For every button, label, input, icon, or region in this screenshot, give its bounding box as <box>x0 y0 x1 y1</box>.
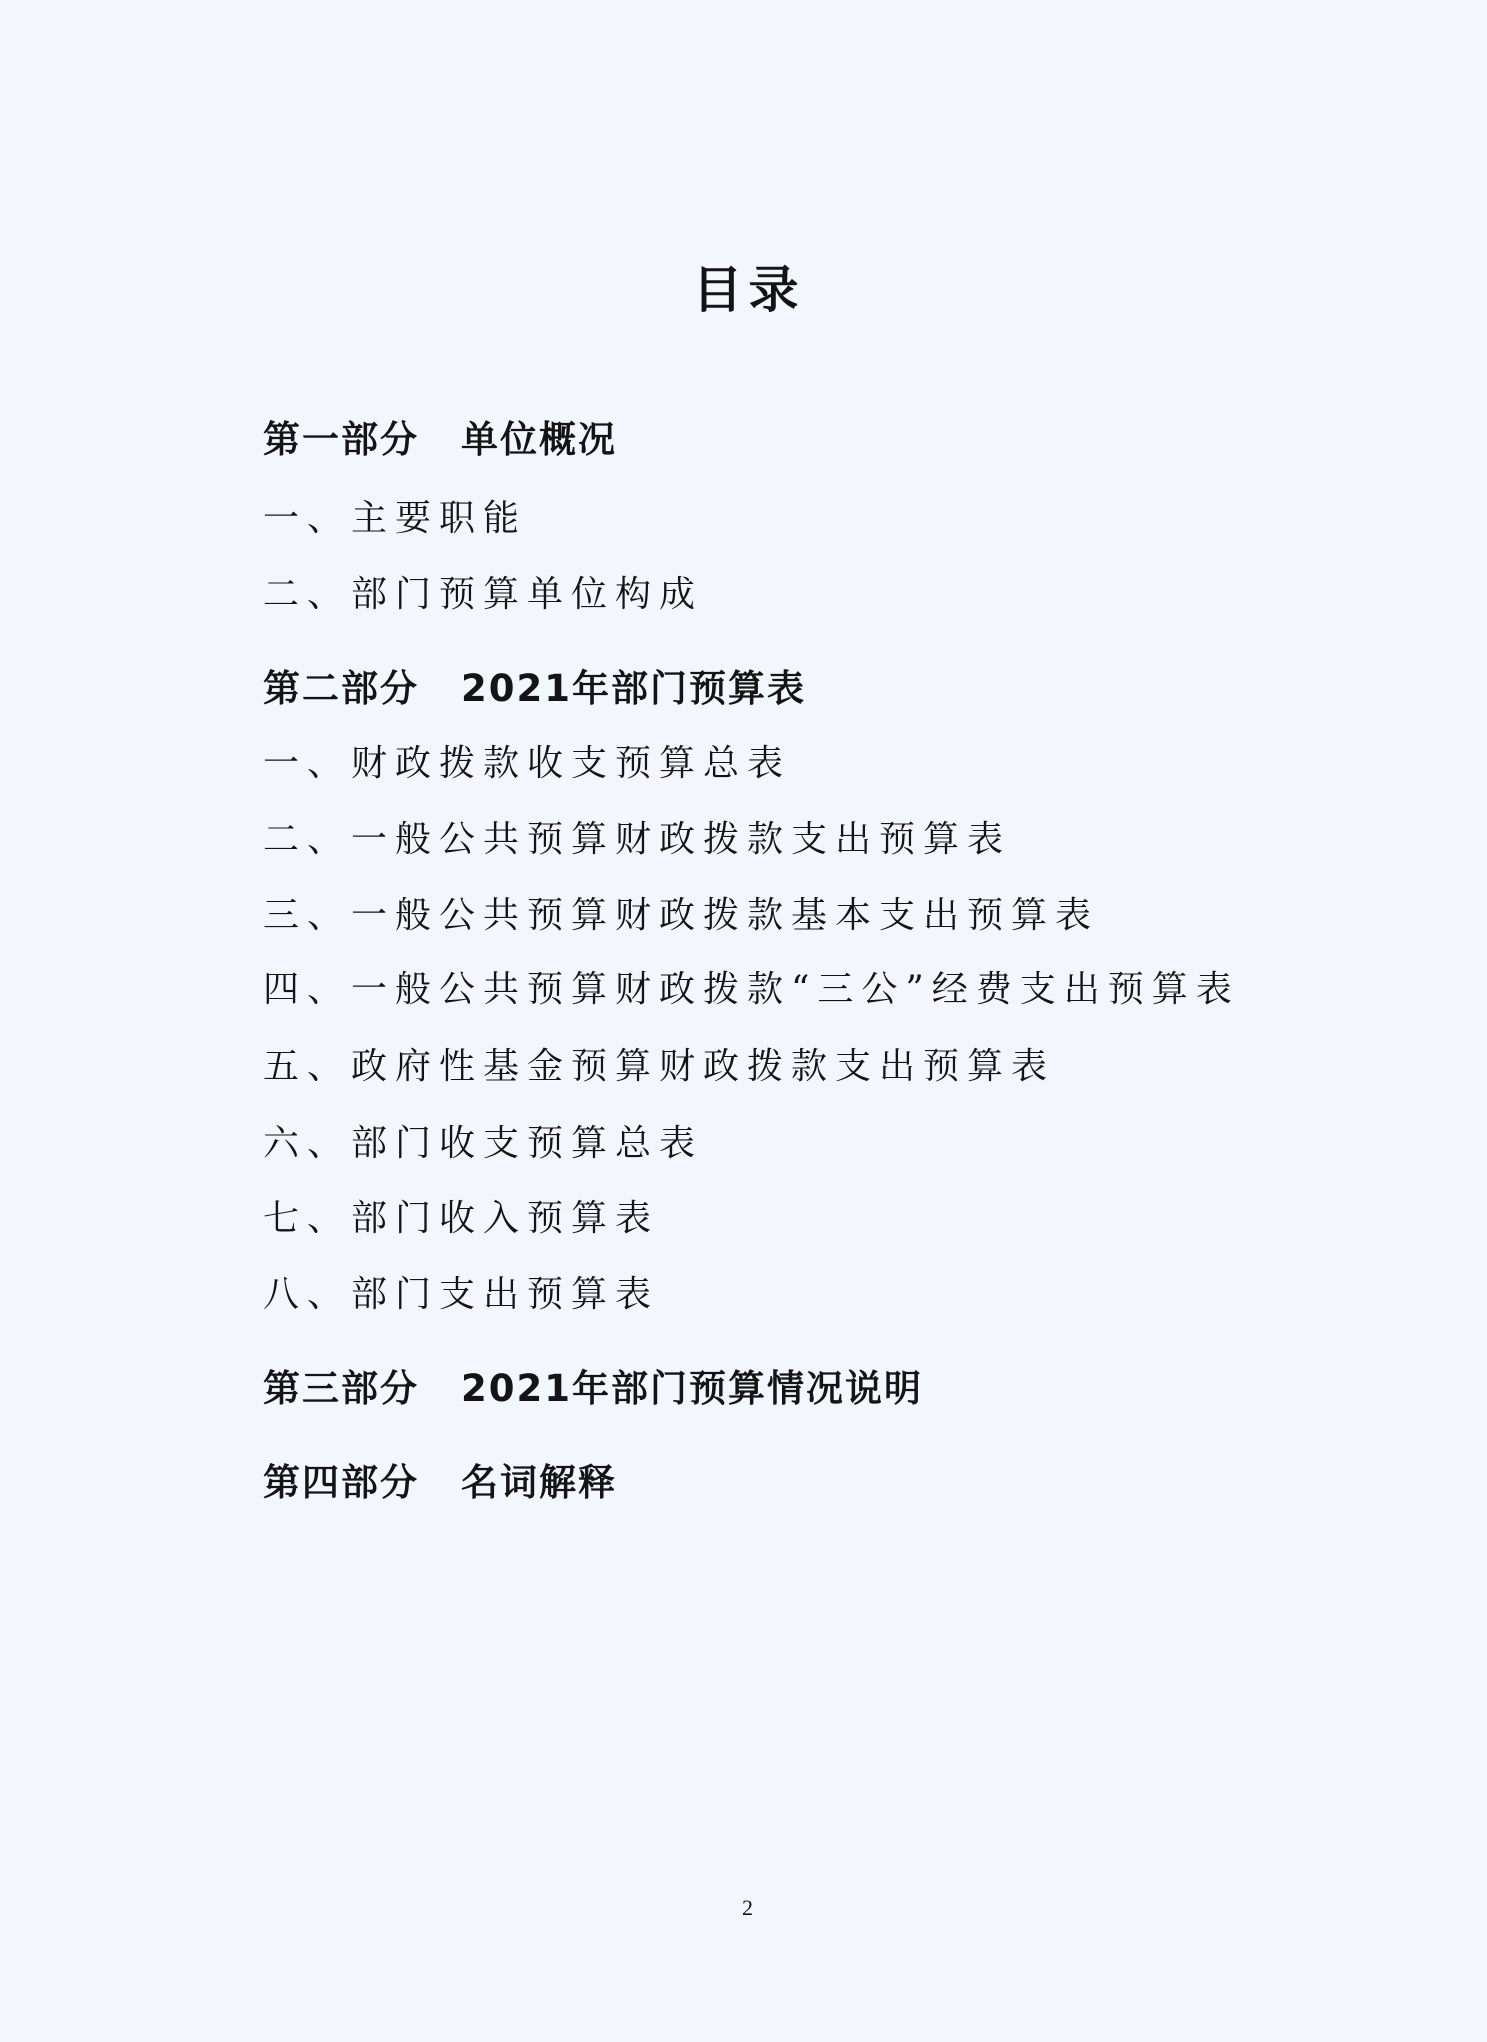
toc-item-department-expenditure-table[interactable]: 八、部门支出预算表 <box>263 1271 659 1319</box>
toc-item-department-total-table[interactable]: 六、部门收支预算总表 <box>263 1120 703 1168</box>
part-number: 第一部分 <box>263 416 419 464</box>
part-number: 第四部分 <box>263 1459 419 1507</box>
toc-part-2-heading[interactable]: 第二部分2021年部门预算表 <box>263 665 806 713</box>
part-title: 2021年部门预算表 <box>461 667 806 710</box>
toc-item-government-fund-expenditure-table[interactable]: 五、政府性基金预算财政拨款支出预算表 <box>263 1043 1055 1091</box>
part-number: 第三部分 <box>263 1365 419 1413</box>
toc-part-3-heading[interactable]: 第三部分2021年部门预算情况说明 <box>263 1365 923 1413</box>
toc-item-department-income-table[interactable]: 七、部门收入预算表 <box>263 1195 659 1243</box>
toc-item-main-functions[interactable]: 一、主要职能 <box>263 495 527 543</box>
page-number: 2 <box>0 1895 1487 1921</box>
toc-item-budget-unit-composition[interactable]: 二、部门预算单位构成 <box>263 571 703 619</box>
toc-item-three-public-expenses-table[interactable]: 四、一般公共预算财政拨款“三公”经费支出预算表 <box>263 966 1240 1014</box>
part-title: 名词解释 <box>461 1461 617 1504</box>
toc-part-4-heading[interactable]: 第四部分名词解释 <box>263 1459 617 1507</box>
toc-item-general-public-expenditure-table[interactable]: 二、一般公共预算财政拨款支出预算表 <box>263 816 1011 864</box>
toc-part-1-heading[interactable]: 第一部分单位概况 <box>263 416 617 464</box>
part-title: 2021年部门预算情况说明 <box>461 1367 923 1410</box>
toc-item-fiscal-total-table[interactable]: 一、财政拨款收支预算总表 <box>263 740 791 788</box>
part-title: 单位概况 <box>461 418 617 461</box>
toc-item-general-public-basic-expenditure-table[interactable]: 三、一般公共预算财政拨款基本支出预算表 <box>263 892 1099 940</box>
page-title: 目录 <box>0 258 1487 322</box>
part-number: 第二部分 <box>263 665 419 713</box>
